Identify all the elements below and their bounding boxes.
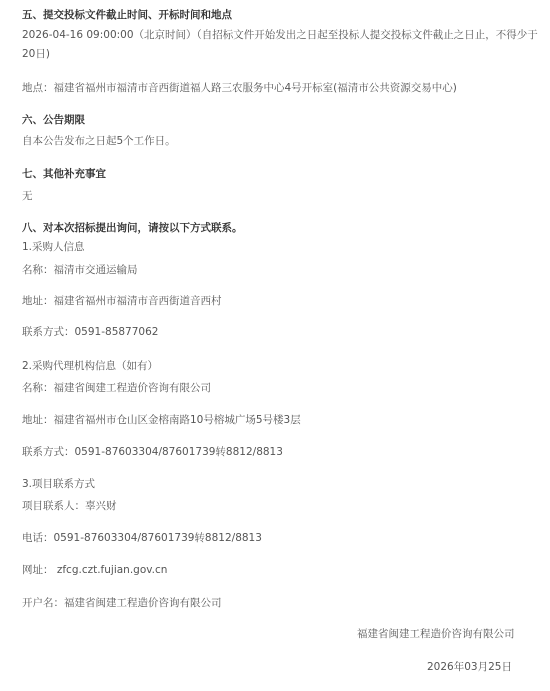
purchaser-contact: 联系方式：0591-85877062 — [22, 325, 158, 339]
section5-heading: 五、提交投标文件截止时间、开标时间和地点 — [22, 8, 232, 22]
project-contact-title: 3.项目联系方式 — [22, 477, 95, 491]
section7-heading: 七、其他补充事宜 — [22, 167, 106, 181]
purchaser-title: 1.采购人信息 — [22, 240, 85, 254]
project-website: 网址： zfcg.czt.fujian.gov.cn — [22, 563, 167, 577]
agency-name: 名称：福建省闽建工程造价咨询有限公司 — [22, 381, 211, 395]
project-contact-person: 项目联系人：辜兴财 — [22, 499, 117, 513]
agency-address: 地址：福建省福州市仓山区金榕南路10号榕城广场5号楼3层 — [22, 413, 301, 427]
project-contact-phone: 电话：0591-87603304/87601739转8812/8813 — [22, 531, 262, 545]
agency-contact: 联系方式：0591-87603304/87601739转8812/8813 — [22, 445, 283, 459]
account-name: 开户名：福建省闽建工程造价咨询有限公司 — [22, 596, 222, 610]
section8-heading: 八、对本次招标提出询问，请按以下方式联系。 — [22, 221, 243, 235]
bid-location: 地点：福建省福州市福清市音西街道福人路三农服务中心4号开标室(福清市公共资源交易… — [22, 81, 457, 95]
deadline-text: 2026-04-16 09:00:00（北京时间）（自招标文件开始发出之日起至投… — [22, 28, 538, 42]
purchaser-address: 地址：福建省福州市福清市音西街道音西村 — [22, 294, 222, 308]
purchaser-name: 名称：福清市交通运输局 — [22, 263, 138, 277]
notice-period-text: 自本公告发布之日起5个工作日。 — [22, 134, 176, 148]
agency-title: 2.采购代理机构信息（如有） — [22, 359, 158, 373]
supplementary-text: 无 — [22, 189, 33, 203]
signature-date: 2026年03月25日 — [427, 660, 512, 674]
deadline-text-cont: 20日) — [22, 47, 50, 61]
signature-company: 福建省闽建工程造价咨询有限公司 — [357, 627, 515, 641]
section6-heading: 六、公告期限 — [22, 113, 85, 127]
